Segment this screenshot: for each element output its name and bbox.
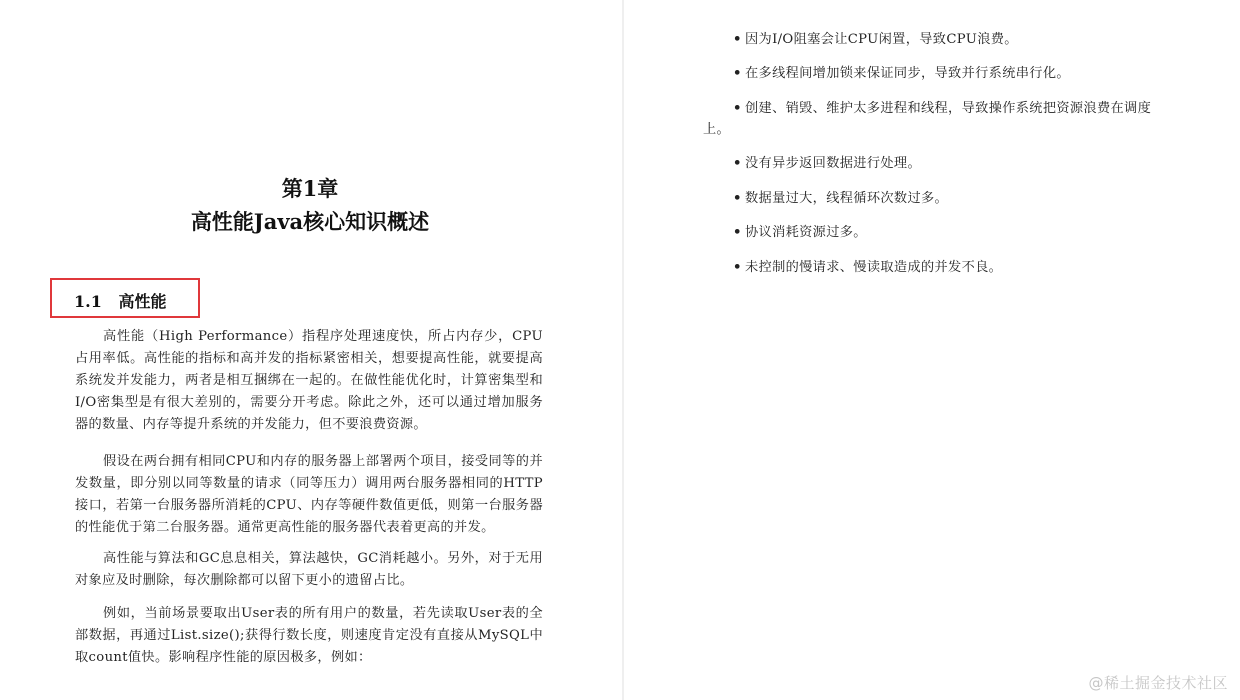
paragraph-4: 例如，当前场景要取出User表的所有用户的数量，若先读取User表的全部数据，再… — [75, 603, 543, 669]
list-item-text: 没有异步返回数据进行处理。 — [745, 156, 921, 171]
list-item-text: 协议消耗资源过多。 — [745, 225, 867, 240]
bullet-icon: • — [733, 257, 745, 278]
list-item-text: 未控制的慢请求、慢读取造成的并发不良。 — [745, 260, 1002, 275]
section-heading: 1.1 高性能 — [74, 289, 167, 312]
paragraph-3: 高性能与算法和GC息息相关，算法越快，GC消耗越小。另外，对于无用对象应及时删除… — [75, 548, 543, 592]
bullet-icon: • — [733, 29, 745, 50]
list-item-text: 因为I/O阻塞会让CPU闲置，导致CPU浪费。 — [745, 32, 1018, 47]
list-item: •数据量过大，线程循环次数过多。 — [703, 188, 1178, 209]
bullet-icon: • — [733, 63, 745, 84]
watermark: @稀土掘金技术社区 — [1088, 672, 1228, 693]
bullet-icon: • — [733, 188, 745, 209]
bullet-icon: • — [733, 98, 745, 119]
paragraph-1: 高性能（High Performance）指程序处理速度快，所占内存少，CPU占… — [75, 326, 543, 436]
list-item: •因为I/O阻塞会让CPU闲置，导致CPU浪费。 — [703, 29, 1178, 50]
list-item-text: 在多线程间增加锁来保证同步，导致并行系统串行化。 — [745, 66, 1070, 81]
bullet-icon: • — [733, 153, 745, 174]
list-item: •创建、销毁、维护太多进程和线程，导致操作系统把资源浪费在调度上。 — [703, 98, 1178, 140]
paragraph-2: 假设在两台拥有相同CPU和内存的服务器上部署两个项目，接受同等的并发数量，即分别… — [75, 451, 543, 539]
chapter-title: 高性能Java核心知识概述 — [0, 206, 620, 236]
bullet-icon: • — [733, 222, 745, 243]
chapter-number: 第1章 — [0, 173, 620, 203]
list-item: •没有异步返回数据进行处理。 — [703, 153, 1178, 174]
list-item: •在多线程间增加锁来保证同步，导致并行系统串行化。 — [703, 63, 1178, 84]
list-item-text: 数据量过大，线程循环次数过多。 — [745, 191, 948, 206]
list-item: •未控制的慢请求、慢读取造成的并发不良。 — [703, 257, 1178, 278]
left-page: 第1章 高性能Java核心知识概述 1.1 高性能 高性能（High Perfo… — [0, 0, 623, 700]
list-item-text: 创建、销毁、维护太多进程和线程，导致操作系统把资源浪费在调度上。 — [703, 101, 1151, 137]
list-item: •协议消耗资源过多。 — [703, 222, 1178, 243]
